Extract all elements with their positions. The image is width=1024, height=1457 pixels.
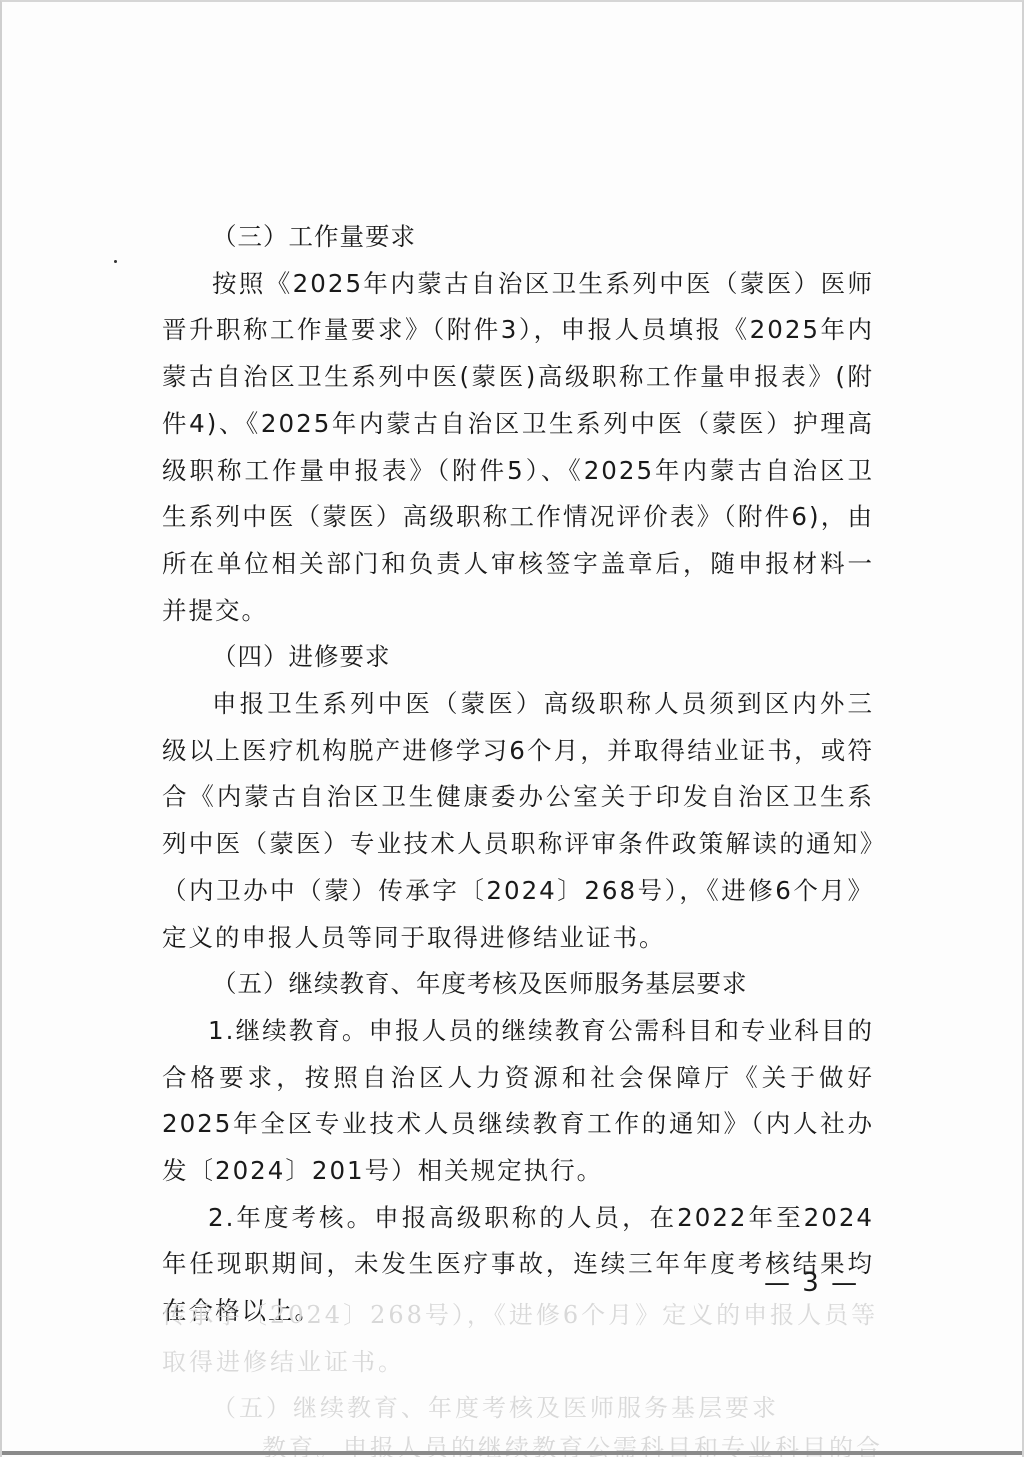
paragraph-training: 申报卫生系列中医（蒙医）高级职称人员须到区内外三级以上医疗机构脱产进修学习6个月… — [162, 681, 874, 961]
section-heading-education-assessment: （五）继续教育、年度考核及医师服务基层要求 — [162, 961, 874, 1008]
page-bottom-edge — [2, 1451, 1022, 1455]
document-page: （三）工作量要求 按照《2025年内蒙古自治区卫生系列中医（蒙医）医师晋升职称工… — [0, 0, 1024, 1457]
document-body: （三）工作量要求 按照《2025年内蒙古自治区卫生系列中医（蒙医）医师晋升职称工… — [162, 214, 874, 1335]
section-heading-workload: （三）工作量要求 — [162, 214, 874, 261]
scan-speck — [114, 260, 117, 263]
bleed-through-text: 取得进修结业证书。 — [162, 1342, 874, 1377]
paragraph-continuing-education: 1.继续教育。申报人员的继续教育公需科目和专业科目的合格要求，按照自治区人力资源… — [162, 1008, 874, 1195]
section-heading-training: （四）进修要求 — [162, 634, 874, 681]
page-number: — 3 — — [764, 1268, 859, 1298]
bleed-through-text: 传承字〔2024〕268号），《进修6个月》定义的申报人员等同 — [162, 1295, 874, 1330]
bleed-through-text: （五）继续教育、年度考核及医师服务基层要求 — [212, 1388, 924, 1423]
paragraph-workload: 按照《2025年内蒙古自治区卫生系列中医（蒙医）医师晋升职称工作量要求》（附件3… — [162, 261, 874, 635]
